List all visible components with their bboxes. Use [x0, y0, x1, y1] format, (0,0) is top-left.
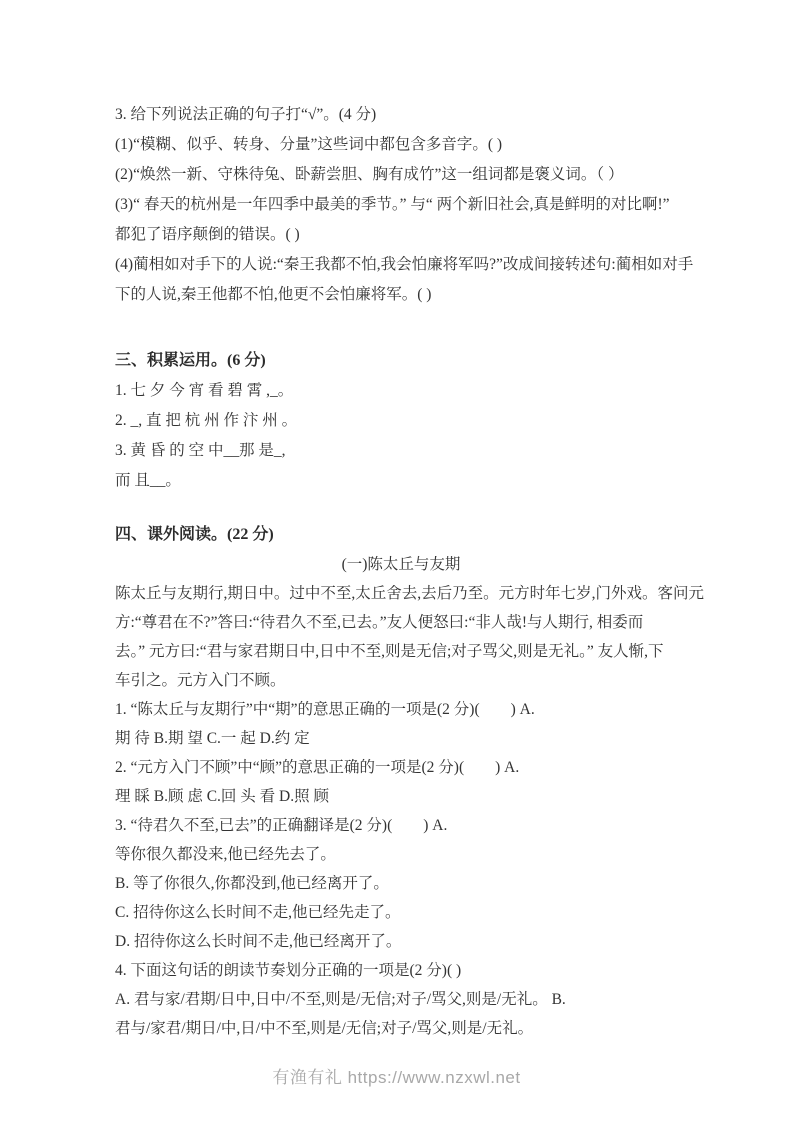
judgment-item-4-line-1: (4)蔺相如对手下的人说:“秦王我都不怕,我会怕廉将军吗?”改成间接转述句:蔺相…	[115, 250, 687, 280]
exam-page: 3. 给下列说法正确的句子打“√”。(4 分) (1)“模糊、似乎、转身、分量”…	[0, 0, 793, 1122]
judgment-item-1: (1)“模糊、似乎、转身、分量”这些词中都包含多音字。( )	[115, 130, 687, 160]
fill-blank-item-2: 2. _, 直 把 杭 州 作 汴 州 。	[115, 406, 687, 436]
reading-q2-stem: 2. “元方入门不顾”中“顾”的意思正确的一项是(2 分)( ) A.	[115, 753, 687, 782]
section-accumulation: 三、积累运用。(6 分) 1. 七 夕 今 宵 看 碧 霄 ,_。 2. _, …	[115, 346, 687, 496]
section-reading: 四、课外阅读。(22 分) (一)陈太丘与友期 陈太丘与友期行,期日中。过中不至…	[115, 520, 687, 1043]
page-content: 3. 给下列说法正确的句子打“√”。(4 分) (1)“模糊、似乎、转身、分量”…	[115, 100, 687, 1043]
fill-blank-item-1: 1. 七 夕 今 宵 看 碧 霄 ,_。	[115, 376, 687, 406]
reading-q3-stem: 3. “待君久不至,已去”的正确翻译是(2 分)( ) A.	[115, 811, 687, 840]
reading-q1-stem: 1. “陈太丘与友期行”中“期”的意思正确的一项是(2 分)( ) A.	[115, 695, 687, 724]
judgment-item-3-line-2: 都犯了语序颠倒的错误。( )	[115, 220, 687, 250]
reading-q3-option-c: C. 招待你这么长时间不走,他已经先走了。	[115, 898, 687, 927]
fill-blank-item-3-line-1: 3. 黄 昏 的 空 中__那 是_,	[115, 436, 687, 466]
section-reading-heading: 四、课外阅读。(22 分)	[115, 520, 687, 550]
passage-title: (一)陈太丘与友期	[115, 550, 687, 579]
judgment-item-3-line-1: (3)“ 春天的杭州是一年四季中最美的季节。” 与“ 两个新旧社会,真是鲜明的对…	[115, 190, 687, 220]
reading-q1-options: 期 待 B.期 望 C.一 起 D.约 定	[115, 724, 687, 753]
passage-line: 车引之。元方入门不顾。	[115, 666, 687, 695]
fill-blank-item-3-line-2: 而 且__。	[115, 466, 687, 496]
reading-q4-stem: 4. 下面这句话的朗读节奏划分正确的一项是(2 分)( )	[115, 956, 687, 985]
reading-q3-option-d: D. 招待你这么长时间不走,他已经离开了。	[115, 927, 687, 956]
reading-q4-option-a: A. 君与家/君期/日中,日中/不至,则是/无信;对子/骂父,则是/无礼。 B.	[115, 985, 687, 1014]
passage-line: 陈太丘与友期行,期日中。过中不至,太丘舍去,去后乃至。元方时年七岁,门外戏。客问…	[115, 579, 687, 608]
passage-line: 方:“尊君在不?”答曰:“待君久不至,已去。”友人便怒曰:“非人哉!与人期行, …	[115, 608, 687, 637]
reading-q4-option-b: 君与/家君/期日/中,日/中不至,则是/无信;对子/骂父,则是/无礼。	[115, 1014, 687, 1043]
section-judgment-question: 3. 给下列说法正确的句子打“√”。(4 分) (1)“模糊、似乎、转身、分量”…	[115, 100, 687, 310]
reading-q3-option-a: 等你很久都没来,他已经先去了。	[115, 840, 687, 869]
judgment-item-4-line-2: 下的人说,秦王他都不怕,他更不会怕廉将军。( )	[115, 280, 687, 310]
watermark-footer: 有渔有礼 https://www.nzxwl.net	[0, 1066, 793, 1090]
judgment-question-stem: 3. 给下列说法正确的句子打“√”。(4 分)	[115, 100, 687, 130]
passage-line: 去。” 元方曰:“君与家君期日中,日中不至,则是无信;对子骂父,则是无礼。” 友…	[115, 637, 687, 666]
judgment-item-2: (2)“焕然一新、守株待兔、卧薪尝胆、胸有成竹”这一组词都是褒义词。（ ）	[115, 160, 687, 190]
reading-q2-options: 理 睬 B.顾 虑 C.回 头 看 D.照 顾	[115, 782, 687, 811]
section-accumulation-heading: 三、积累运用。(6 分)	[115, 346, 687, 376]
reading-q3-option-b: B. 等了你很久,你都没到,他已经离开了。	[115, 869, 687, 898]
